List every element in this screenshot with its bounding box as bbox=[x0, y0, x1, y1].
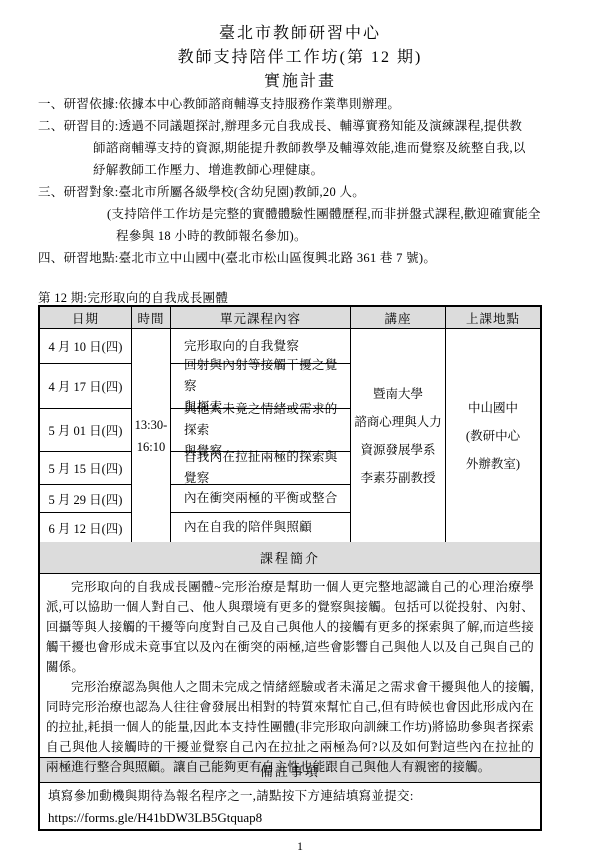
date-cell: 4 月 10 日(四) bbox=[40, 329, 132, 364]
plan-line: (支持陪伴工作坊是完整的實體體驗性團體歷程,而非拼盤式課程,歡迎確實能全 bbox=[107, 203, 562, 225]
plan-line: 紓解教師工作壓力、增進教師心理健康。 bbox=[93, 159, 562, 181]
course-intro-paragraph: 完形取向的自我成長團體~完形治療是幫助一個人更完整地認識自己的心理治療學派,可以… bbox=[46, 577, 534, 677]
date-cell: 5 月 15 日(四) bbox=[40, 452, 132, 485]
schedule-header-row: 日期 時間 單元課程內容 講座 上課地點 bbox=[40, 307, 540, 329]
location-cell: 中山國中 (教研中心 外辦教室) bbox=[446, 329, 540, 542]
unit-content-line: 與他人未竟之情緒或需求的探索 bbox=[184, 399, 350, 441]
plan-lines: 一、研習依據:依據本中心教師諮商輔導支持服務作業準則辦理。二、研習目的:透過不同… bbox=[38, 93, 562, 269]
time-line: 13:30- bbox=[135, 414, 168, 436]
date-cell: 5 月 29 日(四) bbox=[40, 485, 132, 513]
page-number: 1 bbox=[0, 839, 600, 854]
course-intro-heading: 課程簡介 bbox=[40, 542, 540, 574]
remarks-note: 填寫參加動機與期待為報名程序之一,請點按下方連結填寫並提交: bbox=[48, 785, 532, 807]
location-line: 外辦教室) bbox=[466, 450, 520, 478]
lecturer-line: 李素芬副教授 bbox=[360, 464, 435, 492]
remarks-body: 填寫參加動機與期待為報名程序之一,請點按下方連結填寫並提交: https://f… bbox=[40, 783, 540, 829]
location-line: (教研中心 bbox=[466, 422, 520, 450]
registration-link[interactable]: https://forms.gle/H41bDW3LB5Gtquap8 bbox=[48, 807, 532, 829]
plan-line: 程參與 18 小時的教師報名參加)。 bbox=[116, 225, 562, 247]
schedule-body: 13:30- 16:10 暨南大學 諮商心理與人力 資源發展學系 李素芬副教授 … bbox=[40, 329, 540, 542]
document-titles: 臺北市教師研習中心 教師支持陪伴工作坊(第 12 期) 實施計畫 bbox=[0, 22, 600, 94]
plan-title: 實施計畫 bbox=[0, 70, 600, 94]
unit-content-line: 自我內在拉扯兩極的探索與覺察 bbox=[184, 447, 350, 489]
schedule-table: 日期 時間 單元課程內容 講座 上課地點 13:30- 16:10 暨南大學 諮… bbox=[38, 305, 542, 831]
date-cell: 6 月 12 日(四) bbox=[40, 513, 132, 542]
lecturer-line: 諮商心理與人力 bbox=[354, 408, 442, 436]
header-location: 上課地點 bbox=[446, 307, 540, 328]
lecturer-line: 資源發展學系 bbox=[360, 436, 435, 464]
org-title: 臺北市教師研習中心 bbox=[0, 22, 600, 46]
unit-content-line: 內在自我的陪伴與照顧 bbox=[184, 517, 350, 538]
plan-line: 二、研習目的:透過不同議題探討,辦理多元自我成長、輔導實務知能及演練課程,提供教 bbox=[38, 115, 562, 137]
lecturer-line: 暨南大學 bbox=[373, 380, 423, 408]
unit-content-line: 內在衝突兩極的平衡或整合 bbox=[184, 488, 350, 509]
plan-line: 師諮商輔導支持的資源,期能提升教師教學及輔導效能,進而覺察及統整自我,以 bbox=[93, 137, 562, 159]
plan-line: 一、研習依據:依據本中心教師諮商輔導支持服務作業準則辦理。 bbox=[38, 93, 562, 115]
header-time: 時間 bbox=[132, 307, 171, 328]
header-unit-content: 單元課程內容 bbox=[171, 307, 351, 328]
plan-line: 三、研習對象:臺北市所屬各級學校(含幼兒園)教師,20 人。 bbox=[38, 181, 562, 203]
time-line: 16:10 bbox=[137, 436, 165, 458]
date-cell: 5 月 01 日(四) bbox=[40, 409, 132, 452]
unit-content-cell: 內在衝突兩極的平衡或整合 bbox=[171, 485, 351, 513]
course-intro-body: 完形取向的自我成長團體~完形治療是幫助一個人更完整地認識自己的心理治療學派,可以… bbox=[40, 574, 540, 757]
unit-content-line: 完形取向的自我覺察 bbox=[184, 336, 350, 357]
location-line: 中山國中 bbox=[468, 394, 518, 422]
unit-content-cell: 與他人未竟之情緒或需求的探索與覺察 bbox=[171, 409, 351, 452]
plan-line: 四、研習地點:臺北市立中山國中(臺北市松山區復興北路 361 巷 7 號)。 bbox=[38, 247, 562, 269]
unit-content-line: 回射與內射等接觸干擾之覺察 bbox=[184, 355, 350, 397]
session-heading: 第 12 期:完形取向的自我成長團體 bbox=[38, 288, 228, 306]
header-date: 日期 bbox=[40, 307, 132, 328]
unit-content-cell: 內在自我的陪伴與照顧 bbox=[171, 513, 351, 542]
workshop-title: 教師支持陪伴工作坊(第 12 期) bbox=[0, 46, 600, 70]
header-lecturer: 講座 bbox=[351, 307, 446, 328]
unit-content-cell: 自我內在拉扯兩極的探索與覺察 bbox=[171, 452, 351, 485]
lecturer-cell: 暨南大學 諮商心理與人力 資源發展學系 李素芬副教授 bbox=[351, 329, 446, 542]
time-cell: 13:30- 16:10 bbox=[132, 329, 171, 542]
date-cell: 4 月 17 日(四) bbox=[40, 364, 132, 409]
